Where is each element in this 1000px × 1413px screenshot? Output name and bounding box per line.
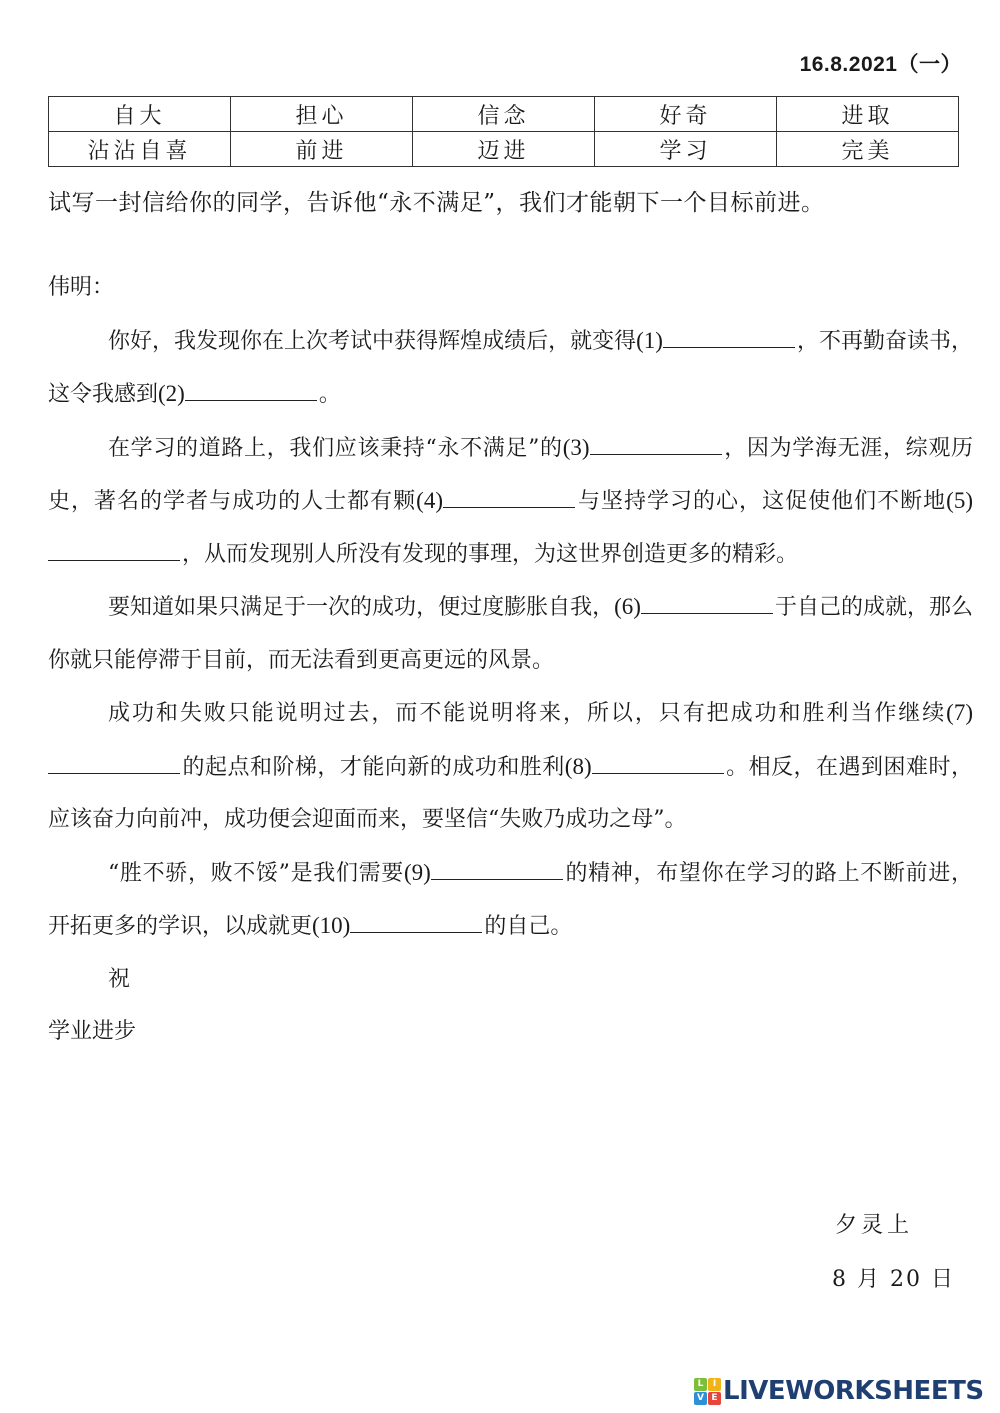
- paragraph-4: 成功和失败只能说明过去，而不能说明将来，所以，只有把成功和胜利当作继续(7)的起…: [48, 687, 973, 847]
- word-bank-row: 沾沾自喜 前进 迈进 学习 完美: [49, 132, 959, 167]
- blank-number: (2): [158, 381, 185, 406]
- blank-7-input[interactable]: [48, 751, 180, 774]
- word-bank-cell: 学习: [595, 132, 777, 167]
- word-bank-cell: 迈进: [413, 132, 595, 167]
- logo-letter: I: [708, 1378, 721, 1391]
- text: 要知道如果只满足于一次的成功，便过度膨胀自我，: [108, 595, 614, 620]
- blank-10-input[interactable]: [350, 910, 482, 933]
- word-bank-cell: 担心: [231, 97, 413, 132]
- text: ，从而发现别人所没有发现的事理，为这世界创造更多的精彩。: [182, 542, 798, 567]
- logo-letter: E: [708, 1392, 721, 1405]
- blank-6-input[interactable]: [641, 591, 773, 614]
- letter-salutation: 伟明：: [48, 262, 973, 315]
- text: 与坚持学习的心，这促使他们不断地: [577, 489, 946, 514]
- blank-number: (9): [404, 860, 431, 885]
- blank-number: (10): [312, 913, 350, 938]
- paragraph-5: “胜不骄，败不馁”是我们需要(9)的精神，布望你在学习的路上不断前进，开拓更多的…: [48, 847, 973, 954]
- text: 的自己。: [484, 914, 572, 939]
- blank-9-input[interactable]: [431, 857, 563, 880]
- blank-number: (3): [563, 435, 590, 460]
- logo-icon: L I V E: [694, 1378, 721, 1405]
- letter-signature: 夕灵上: [835, 1208, 913, 1239]
- letter-body: 伟明： 你好，我发现你在上次考试中获得辉煌成绩后，就变得(1)，不再勤奋读书，这…: [48, 262, 973, 1059]
- logo-text: LIVEWORKSHEETS: [723, 1376, 984, 1406]
- liveworksheets-logo[interactable]: L I V E LIVEWORKSHEETS: [694, 1375, 984, 1407]
- blank-5-input[interactable]: [48, 538, 180, 561]
- word-bank-cell: 沾沾自喜: [49, 132, 231, 167]
- text: 你好，我发现你在上次考试中获得辉煌成绩后，就变得: [108, 329, 636, 354]
- blank-number: (1): [636, 328, 663, 353]
- letter-date: 8 月 20 日: [832, 1262, 955, 1293]
- blank-1-input[interactable]: [663, 325, 795, 348]
- blank-number: (6): [614, 594, 641, 619]
- letter-closing-blessing: 学业进步: [48, 1006, 973, 1059]
- paragraph-2: 在学习的道路上，我们应该秉持“永不满足”的(3)，因为学海无涯，综观历史，著名的…: [48, 422, 973, 582]
- logo-letter: V: [694, 1392, 707, 1405]
- text: 。: [319, 382, 341, 407]
- word-bank-cell: 完美: [777, 132, 959, 167]
- logo-letter: L: [694, 1378, 707, 1391]
- blank-4-input[interactable]: [443, 485, 575, 508]
- word-bank-cell: 前进: [231, 132, 413, 167]
- text: 成功和失败只能说明过去，而不能说明将来，所以，只有把成功和胜利当作继续: [108, 701, 946, 726]
- blank-2-input[interactable]: [185, 378, 317, 401]
- paragraph-1: 你好，我发现你在上次考试中获得辉煌成绩后，就变得(1)，不再勤奋读书，这令我感到…: [48, 315, 973, 422]
- blank-number: (8): [565, 754, 592, 779]
- writing-prompt: 试写一封信给你的同学，告诉他“永不满足”，我们才能朝下一个目标前进。: [48, 184, 978, 217]
- blank-3-input[interactable]: [590, 432, 722, 455]
- blank-number: (4): [416, 488, 443, 513]
- word-bank-row: 自大 担心 信念 好奇 进取: [49, 97, 959, 132]
- blank-number: (5): [946, 488, 973, 513]
- letter-closing-wish: 祝: [48, 954, 973, 1007]
- word-bank-cell: 进取: [777, 97, 959, 132]
- text: 的起点和阶梯，才能向新的成功和胜利: [182, 755, 565, 780]
- text: “胜不骄，败不馁”是我们需要: [108, 861, 404, 886]
- word-bank-cell: 自大: [49, 97, 231, 132]
- paragraph-3: 要知道如果只满足于一次的成功，便过度膨胀自我，(6)于自己的成就，那么你就只能停…: [48, 581, 973, 687]
- word-bank-cell: 信念: [413, 97, 595, 132]
- word-bank-table: 自大 担心 信念 好奇 进取 沾沾自喜 前进 迈进 学习 完美: [48, 96, 959, 167]
- blank-number: (7): [946, 700, 973, 725]
- word-bank-cell: 好奇: [595, 97, 777, 132]
- blank-8-input[interactable]: [592, 751, 724, 774]
- text: 在学习的道路上，我们应该秉持“永不满足”的: [108, 436, 563, 461]
- worksheet-date: 16.8.2021（一）: [800, 48, 962, 78]
